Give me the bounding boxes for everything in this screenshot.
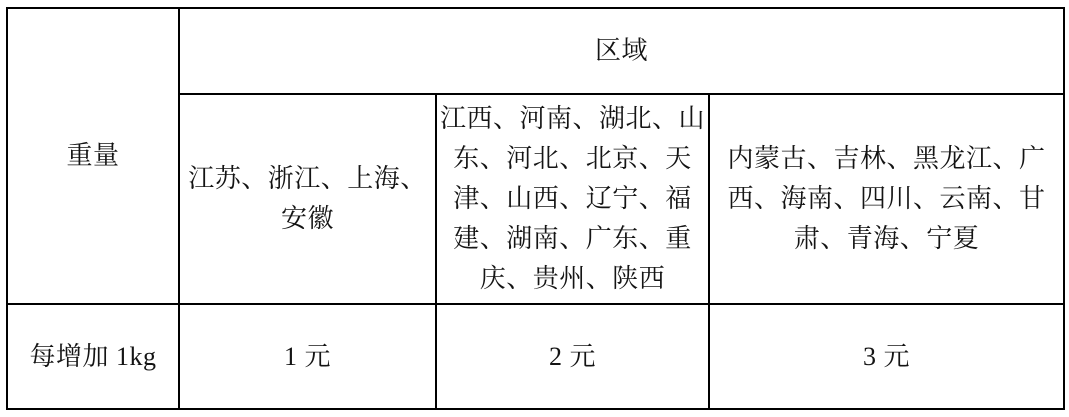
shipping-fee-table: 重量 区域 江苏、浙江、上海、安徽 江西、河南、湖北、山东、河北、北京、天津、山… xyxy=(6,7,1065,410)
zone3-fee-cell: 3 元 xyxy=(709,304,1064,409)
zone2-fee-cell: 2 元 xyxy=(436,304,709,409)
table-row-price: 每增加 1kg 1 元 2 元 3 元 xyxy=(7,304,1064,409)
table-row-region-header: 重量 区域 xyxy=(7,8,1064,94)
region-header-cell: 区域 xyxy=(179,8,1064,94)
zone1-regions-cell: 江苏、浙江、上海、安徽 xyxy=(179,94,436,304)
weight-header-cell: 重量 xyxy=(7,8,179,304)
page-background: 重量 区域 江苏、浙江、上海、安徽 江西、河南、湖北、山东、河北、北京、天津、山… xyxy=(0,0,1069,417)
zone1-fee-cell: 1 元 xyxy=(179,304,436,409)
increment-label-cell: 每增加 1kg xyxy=(7,304,179,409)
zone3-regions-cell: 内蒙古、吉林、黑龙江、广西、海南、四川、云南、甘肃、青海、宁夏 xyxy=(709,94,1064,304)
zone2-regions-cell: 江西、河南、湖北、山东、河北、北京、天津、山西、辽宁、福建、湖南、广东、重庆、贵… xyxy=(436,94,709,304)
